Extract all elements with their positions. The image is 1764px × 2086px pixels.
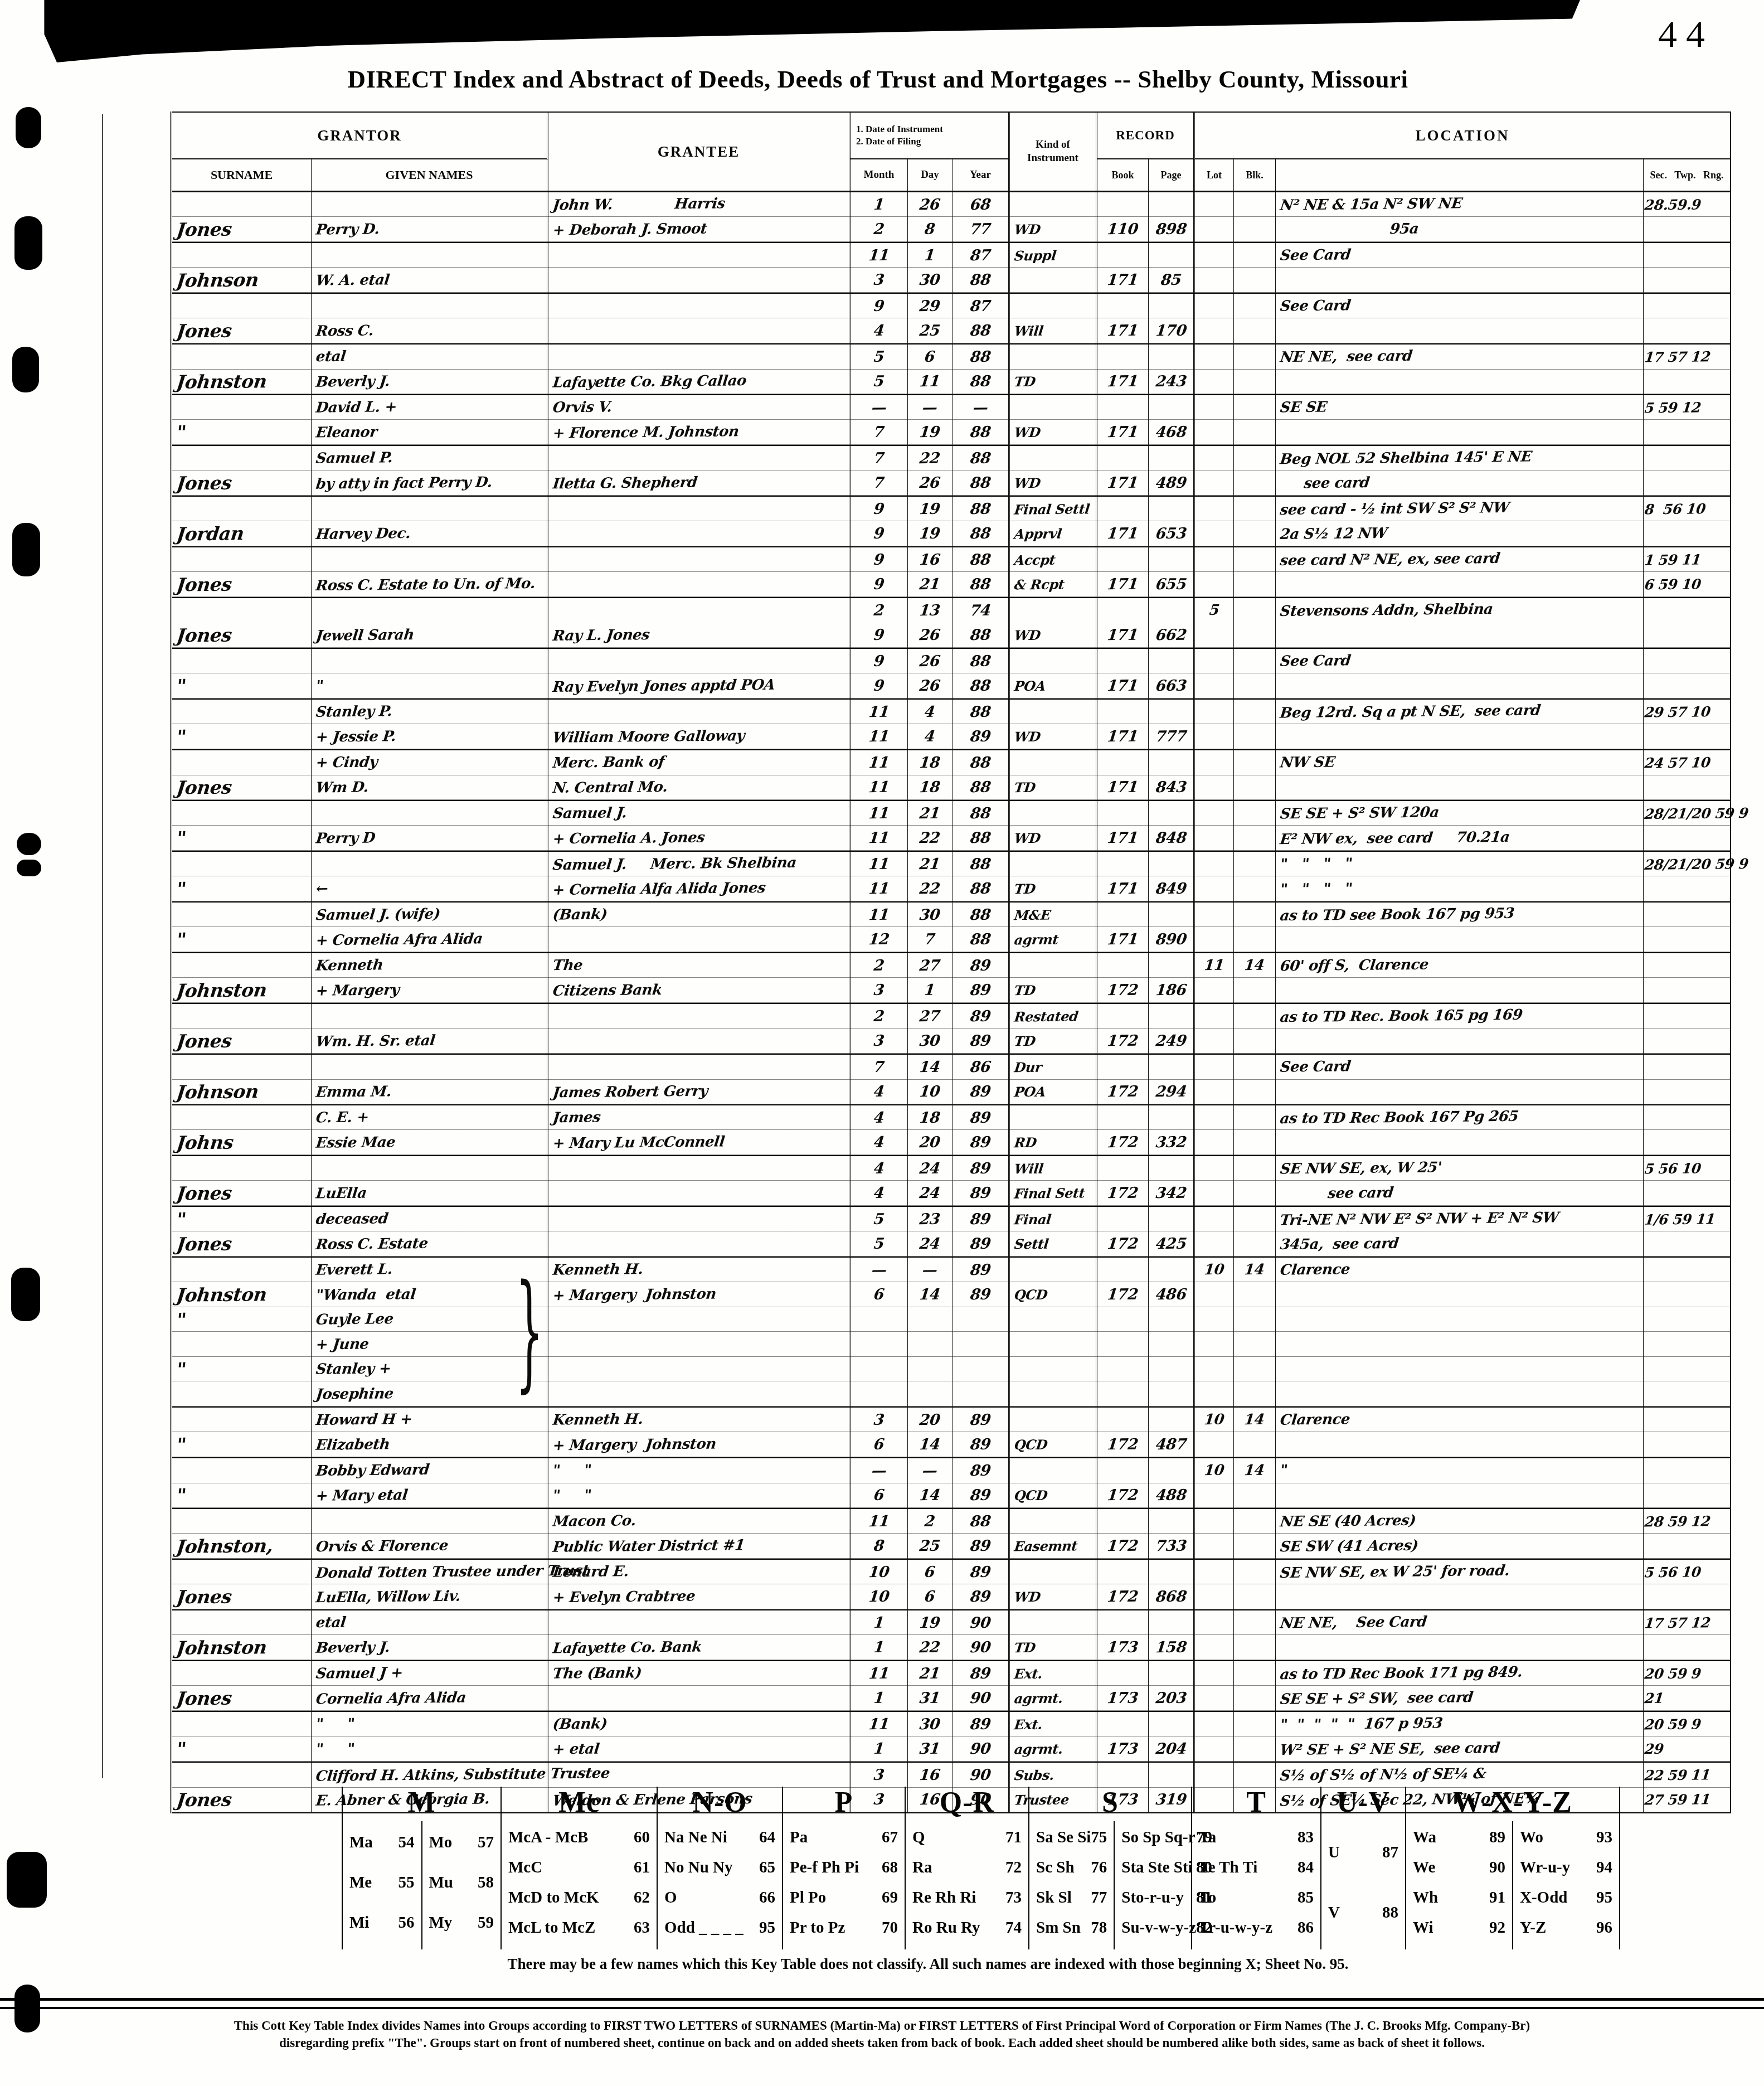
year-cell: 8888 bbox=[953, 801, 1010, 851]
month-cell: 99 bbox=[851, 649, 908, 698]
location-text: see card bbox=[1279, 474, 1371, 492]
key-row: V88 bbox=[1321, 1904, 1405, 1922]
given-names-text: Guyle Lee bbox=[315, 1311, 394, 1328]
surname-text: Jordan bbox=[176, 523, 245, 545]
location-cell: " " " "" " " " bbox=[1276, 852, 1644, 901]
surname-cell: Jones bbox=[172, 1156, 312, 1206]
sec-twp-rng-text: 5 56 10 bbox=[1644, 1564, 1702, 1580]
kind-text: Ext. bbox=[1013, 1665, 1043, 1682]
month-cell: 74 bbox=[851, 1055, 908, 1104]
key-prefix: My bbox=[429, 1914, 453, 1932]
month-text: 5 bbox=[873, 1211, 885, 1228]
key-row: Na Ne Ni64 bbox=[658, 1828, 782, 1847]
sec-twp-rng-cell bbox=[1644, 1408, 1730, 1457]
surname-text: Jones bbox=[176, 472, 233, 494]
month-text: 11 bbox=[868, 1513, 890, 1530]
surname-text: Jones bbox=[176, 1233, 233, 1255]
month-text: 11 bbox=[868, 805, 890, 822]
kind-of-instrument-header: Kind of Instrument bbox=[1010, 113, 1097, 191]
kind-text: POA bbox=[1013, 1084, 1046, 1100]
given-names-cell: Donald Totten Trustee under TrustLuElla,… bbox=[312, 1560, 548, 1609]
month-text: 10 bbox=[868, 1564, 890, 1581]
key-row: Ma54 bbox=[343, 1833, 421, 1852]
key-row: To85 bbox=[1192, 1889, 1320, 1907]
blk-cell: 14 bbox=[1234, 1408, 1276, 1457]
lot-cell bbox=[1195, 1004, 1234, 1054]
given-names-text: Josephine bbox=[315, 1385, 394, 1403]
punch-hole-mark bbox=[17, 860, 41, 876]
kind-text: Final Settl bbox=[1013, 501, 1090, 517]
sec-twp-rng-text: 28.59.9 bbox=[1644, 196, 1702, 213]
key-sheet-number: 72 bbox=[1005, 1859, 1022, 1877]
month-cell: 29 bbox=[851, 598, 908, 648]
lot-cell bbox=[1195, 1055, 1234, 1104]
grantee-text: William Moore Galloway bbox=[552, 727, 746, 746]
kind-text: agrmt. bbox=[1013, 1690, 1063, 1707]
key-prefix: Wh bbox=[1413, 1889, 1438, 1907]
month-cell: 111 bbox=[851, 1712, 908, 1762]
sec-twp-rng-text: 21 bbox=[1644, 1690, 1664, 1706]
given-names-cell: etalBeverly J. bbox=[312, 345, 548, 394]
grantee-cell: Kenneth H.+ Margery Johnston bbox=[548, 1258, 851, 1406]
given-names-header: GIVEN NAMES bbox=[312, 159, 548, 191]
day-text: 6 bbox=[924, 348, 936, 366]
blk-cell bbox=[1234, 294, 1276, 343]
sec-twp-rng-cell: 5 56 10 bbox=[1644, 1156, 1730, 1206]
key-column: Ma54Me55Mi56 bbox=[343, 1821, 421, 1949]
grantee-text: " " bbox=[552, 1487, 592, 1504]
day-text: 18 bbox=[919, 779, 941, 796]
day-text: — bbox=[921, 399, 938, 416]
book-cell: 110 bbox=[1097, 192, 1149, 242]
surname-text: " bbox=[176, 1359, 187, 1380]
day-cell: 225 bbox=[908, 1509, 953, 1559]
grantee-text: Ray L. Jones bbox=[552, 627, 650, 644]
key-row: Ra72 bbox=[906, 1859, 1028, 1877]
day-text: 30 bbox=[919, 1032, 941, 1050]
kind-text: Ext. bbox=[1013, 1716, 1043, 1733]
key-prefix: Wa bbox=[1413, 1828, 1436, 1847]
day-text: 4 bbox=[924, 728, 936, 745]
key-prefix: No Nu Ny bbox=[664, 1859, 732, 1877]
year-text: 88 bbox=[969, 931, 992, 948]
key-row: Tr-u-w-y-z86 bbox=[1192, 1919, 1320, 1937]
month-cell: 1112 bbox=[851, 903, 908, 952]
kind-cell: WD bbox=[1010, 395, 1097, 445]
grantee-cell: John W. Harris+ Deborah J. Smoot bbox=[548, 192, 851, 242]
given-names-text: + Cindy bbox=[315, 754, 378, 772]
month-text: 11 bbox=[868, 856, 890, 873]
sec-twp-rng-cell bbox=[1644, 294, 1730, 343]
page-text: 890 bbox=[1155, 931, 1187, 949]
page-text: 342 bbox=[1155, 1185, 1187, 1202]
key-group-label: P bbox=[783, 1787, 905, 1821]
kind-label-line2: Instrument bbox=[1027, 152, 1078, 165]
sec-twp-rng-text: 1/6 59 11 bbox=[1644, 1211, 1716, 1228]
key-prefix: Me bbox=[349, 1874, 372, 1892]
year-text: 88 bbox=[969, 576, 992, 593]
location-text: E² NW ex, see card 70.21a bbox=[1279, 829, 1510, 848]
given-names-text: deceased bbox=[315, 1211, 389, 1228]
location-text: 345a, see card bbox=[1279, 1235, 1399, 1253]
key-row: McA - McB60 bbox=[502, 1828, 657, 1847]
blk-cell: 14 bbox=[1234, 953, 1276, 1003]
punch-hole-mark bbox=[7, 1852, 47, 1908]
surname-text: Johnston bbox=[176, 979, 268, 1002]
lot-cell bbox=[1195, 649, 1234, 698]
key-sheet-number: 84 bbox=[1298, 1859, 1314, 1877]
day-text: 31 bbox=[919, 1740, 941, 1758]
sec-twp-rng-cell: 8 56 10 bbox=[1644, 497, 1730, 546]
surname-text: " bbox=[176, 1738, 187, 1760]
given-names-cell: Ross C. Estate to Un. of Mo. bbox=[312, 547, 548, 597]
key-group-columns: Sa Se Si75Sc Sh76Sk Sl77Sm Sn78So Sp Sq-… bbox=[1029, 1821, 1191, 1949]
grantee-cell: James Robert Gerry bbox=[548, 1055, 851, 1104]
key-sheet-number: 65 bbox=[759, 1859, 775, 1877]
page-number: 44 bbox=[1658, 12, 1714, 56]
month-cell: 55 bbox=[851, 345, 908, 394]
month-text: 3 bbox=[873, 982, 885, 999]
page-cell: 243 bbox=[1149, 345, 1195, 394]
given-names-cell: Perry D. bbox=[312, 192, 548, 242]
day-text: 18 bbox=[919, 1109, 941, 1127]
location-cell: 60' off S, Clarence bbox=[1276, 953, 1644, 1003]
month-text: 7 bbox=[873, 474, 885, 492]
location-cell: NW SE bbox=[1276, 750, 1644, 800]
year-cell: 8689 bbox=[953, 1055, 1010, 1104]
given-names-text: Beverly J. bbox=[315, 1639, 391, 1656]
location-text: Tri-NE N² NW E² S² NW + E² N² SW bbox=[1279, 1210, 1559, 1229]
year-text: 89 bbox=[969, 1588, 992, 1605]
given-names-text: Everett L. bbox=[315, 1262, 393, 1279]
key-sheet-number: 68 bbox=[882, 1859, 898, 1877]
given-names-text: Wm D. bbox=[315, 779, 369, 796]
grantee-text: + Cornelia Alfa Alida Jones bbox=[552, 880, 766, 899]
blk-cell bbox=[1234, 395, 1276, 445]
year-cell: 8889 bbox=[953, 700, 1010, 749]
surname-cell: " bbox=[172, 1408, 312, 1457]
key-group-columns: Ta83Te Th Ti84To85Tr-u-w-y-z86 bbox=[1192, 1821, 1320, 1949]
location-header: LOCATION bbox=[1195, 113, 1730, 159]
month-text: 5 bbox=[873, 373, 885, 390]
key-sheet-number: 60 bbox=[634, 1828, 650, 1847]
year-cell: 8888 bbox=[953, 852, 1010, 901]
given-names-cell: Samuel J +Cornelia Afra Alida bbox=[312, 1661, 548, 1711]
book-cell: 171 bbox=[1097, 547, 1149, 597]
day-text: — bbox=[921, 1262, 938, 1279]
footer-text: This Cott Key Table Index divides Names … bbox=[31, 2017, 1733, 2051]
footer-line-1: This Cott Key Table Index divides Names … bbox=[31, 2017, 1733, 2034]
key-sheet-number: 61 bbox=[634, 1859, 650, 1877]
day-text: 27 bbox=[919, 957, 941, 974]
blk-cell bbox=[1234, 1661, 1276, 1711]
given-names-text: Essie Mae bbox=[315, 1134, 396, 1151]
key-sheet-number: 54 bbox=[399, 1833, 415, 1852]
month-text: 9 bbox=[873, 298, 885, 315]
key-group-columns: Q71Ra72Re Rh Ri73Ro Ru Ry74 bbox=[906, 1821, 1028, 1949]
key-column: Sa Se Si75Sc Sh76Sk Sl77Sm Sn78 bbox=[1029, 1821, 1114, 1949]
sec-twp-rng-cell: 28/21/20 59 9 bbox=[1644, 801, 1730, 851]
year-cell: 7488 bbox=[953, 598, 1010, 648]
location-text: See Card bbox=[1279, 298, 1352, 315]
month-text: 7 bbox=[873, 450, 885, 467]
kind-cell: TD bbox=[1010, 953, 1097, 1003]
book-text: 172 bbox=[1106, 1487, 1139, 1505]
year-text: 88 bbox=[969, 373, 992, 390]
day-text: 23 bbox=[919, 1211, 941, 1228]
kind-text: Final Sett bbox=[1013, 1185, 1086, 1202]
surname-text: Jones bbox=[176, 1030, 233, 1052]
given-names-text: Eleanor bbox=[315, 424, 378, 441]
blk-cell bbox=[1234, 750, 1276, 800]
year-text: 89 bbox=[969, 1436, 992, 1453]
key-row: Me55 bbox=[343, 1874, 421, 1892]
month-cell: 11 bbox=[851, 1610, 908, 1660]
day-cell: 2014 bbox=[908, 1408, 953, 1457]
book-cell: 171 bbox=[1097, 852, 1149, 901]
punch-hole-mark bbox=[11, 1268, 40, 1321]
key-row: Ta83 bbox=[1192, 1828, 1320, 1847]
given-names-cell: ← bbox=[312, 852, 548, 901]
year-text: 89 bbox=[969, 1185, 992, 1202]
surname-cell: Jones bbox=[172, 1763, 312, 1812]
day-text: 8 bbox=[924, 221, 936, 238]
month-text: 9 bbox=[873, 627, 885, 644]
grantee-cell: " "" " bbox=[548, 1458, 851, 1508]
year-text: 86 bbox=[969, 1059, 992, 1076]
day-cell: 271 bbox=[908, 953, 953, 1003]
day-text: 29 bbox=[919, 298, 941, 315]
location-cell: as to TD Rec. Book 165 pg 169 bbox=[1276, 1004, 1644, 1054]
lot-cell bbox=[1195, 192, 1234, 242]
day-text: 26 bbox=[919, 627, 941, 644]
grantee-text: Kenneth H. bbox=[552, 1261, 644, 1279]
kind-text: QCD bbox=[1013, 1287, 1048, 1303]
key-sheet-number: 90 bbox=[1489, 1859, 1505, 1877]
location-cell: Beg NOL 52 Shelbina 145' E NE see card bbox=[1276, 446, 1644, 496]
year-text: 89 bbox=[969, 1262, 992, 1279]
given-names-text: Bobby Edward bbox=[315, 1462, 430, 1479]
book-cell: 171 bbox=[1097, 598, 1149, 648]
book-cell: 173 bbox=[1097, 1712, 1149, 1762]
key-column: Q71Ra72Re Rh Ri73Ro Ru Ry74 bbox=[906, 1821, 1028, 1949]
kind-cell: Final SettlApprvl bbox=[1010, 497, 1097, 546]
key-row: Pe-f Ph Pi68 bbox=[783, 1859, 905, 1877]
book-text: 171 bbox=[1106, 576, 1139, 594]
day-text: 16 bbox=[919, 1767, 941, 1784]
kind-text: Will bbox=[1013, 1160, 1044, 1177]
kind-text: Dur bbox=[1013, 1059, 1043, 1075]
kind-text: POA bbox=[1013, 678, 1046, 695]
surname-cell: Johnston, bbox=[172, 1509, 312, 1559]
location-cell: " bbox=[1276, 1458, 1644, 1508]
surname-text: Jones bbox=[176, 219, 233, 241]
day-cell: 1410 bbox=[908, 1055, 953, 1104]
year-text: 88 bbox=[969, 627, 992, 644]
key-prefix: McA - McB bbox=[508, 1828, 588, 1847]
surname-cell: " bbox=[172, 801, 312, 851]
grantee-cell bbox=[548, 497, 851, 546]
page-cell: 332 bbox=[1149, 1105, 1195, 1155]
year-text: 90 bbox=[969, 1639, 992, 1656]
year-text: 89 bbox=[969, 1411, 992, 1429]
given-names-cell: Samuel J. (wife)+ Cornelia Afra Alida bbox=[312, 903, 548, 952]
year-text: 89 bbox=[969, 1487, 992, 1504]
ledger-entry: JonesDonald Totten Trustee under TrustLu… bbox=[172, 1560, 1730, 1610]
location-text: W² SE + S² NE SE, see card bbox=[1279, 1740, 1500, 1759]
key-row: Wa89 bbox=[1406, 1828, 1512, 1847]
key-prefix: Sa Se Si bbox=[1036, 1828, 1091, 1847]
year-text: 89 bbox=[969, 1235, 992, 1253]
key-row: Mo57 bbox=[422, 1833, 501, 1852]
grantee-text: James Robert Gerry bbox=[552, 1083, 708, 1101]
key-column: McA - McB60McC61McD to McK62McL to McZ63 bbox=[502, 1821, 657, 1949]
month-text: 1 bbox=[873, 1639, 885, 1656]
grantee-cell bbox=[548, 1207, 851, 1257]
key-group-label: Mc bbox=[502, 1787, 657, 1821]
blk-cell bbox=[1234, 700, 1276, 749]
page-cell: 898 bbox=[1149, 192, 1195, 242]
day-cell: —19 bbox=[908, 395, 953, 445]
year-text: 89 bbox=[969, 957, 992, 974]
key-sheet-number: 86 bbox=[1298, 1919, 1314, 1937]
lot-cell bbox=[1195, 345, 1234, 394]
key-sheet-number: 85 bbox=[1298, 1889, 1314, 1907]
month-cell: 23 bbox=[851, 1004, 908, 1054]
grantee-cell: (Bank)+ etal bbox=[548, 1712, 851, 1762]
location-text: Stevensons Addn, Shelbina bbox=[1279, 601, 1494, 620]
lot-cell bbox=[1195, 700, 1234, 749]
year-text: 89 bbox=[969, 1211, 992, 1228]
sec-twp-rng-header: Sec. Twp. Rng. bbox=[1644, 159, 1730, 191]
key-prefix: Mi bbox=[349, 1914, 369, 1932]
page-cell: 868 bbox=[1149, 1560, 1195, 1609]
sec-twp-rng-cell: 28.59.9 bbox=[1644, 192, 1730, 242]
day-cell: 3031 bbox=[908, 1712, 953, 1762]
book-text: 171 bbox=[1106, 322, 1139, 340]
day-cell: 1919 bbox=[908, 497, 953, 546]
month-text: 11 bbox=[868, 247, 890, 264]
year-text: 90 bbox=[969, 1614, 992, 1632]
month-text: 9 bbox=[873, 525, 885, 542]
ledger-entry: JohnstonetalBeverly J.Lafayette Co. Bkg … bbox=[172, 345, 1730, 395]
kind-text: TD bbox=[1013, 1639, 1036, 1656]
given-names-cell: " bbox=[312, 649, 548, 698]
month-text: 5 bbox=[873, 348, 885, 366]
page-cell: 843 bbox=[1149, 750, 1195, 800]
kind-text: TD bbox=[1013, 881, 1036, 897]
kind-cell: QCD bbox=[1010, 1258, 1097, 1406]
table-header: GRANTOR SURNAME GIVEN NAMES GRANTEE 1. D… bbox=[172, 111, 1730, 192]
kind-cell: RD bbox=[1010, 1105, 1097, 1155]
day-cell: 1326 bbox=[908, 598, 953, 648]
book-text: 171 bbox=[1106, 931, 1139, 949]
key-row: Wr-u-y94 bbox=[1513, 1859, 1619, 1877]
day-cell: 268 bbox=[908, 192, 953, 242]
key-row: Y-Z96 bbox=[1513, 1919, 1619, 1937]
kind-cell: POA bbox=[1010, 649, 1097, 698]
key-prefix: Wo bbox=[1520, 1828, 1543, 1847]
sec-twp-rng-cell bbox=[1644, 649, 1730, 698]
date-of-instrument-label: 1. Date of Instrument bbox=[856, 123, 943, 135]
kind-cell: WillFinal Sett bbox=[1010, 1156, 1097, 1206]
key-sheet-number: 56 bbox=[399, 1914, 415, 1932]
grantee-text: James bbox=[552, 1109, 601, 1127]
key-prefix: Na Ne Ni bbox=[664, 1828, 727, 1847]
location-text: SE SE + S² SW, see card bbox=[1279, 1689, 1474, 1708]
month-cell: 36 bbox=[851, 1408, 908, 1457]
year-text: 88 bbox=[969, 525, 992, 542]
grantee-text: Lenard E. bbox=[552, 1564, 629, 1581]
page-text: 849 bbox=[1155, 880, 1187, 898]
book-cell: 172 bbox=[1097, 1560, 1149, 1609]
year-cell: 8990 bbox=[953, 1712, 1010, 1762]
month-text: 9 bbox=[873, 653, 885, 670]
year-text: 88 bbox=[969, 653, 992, 670]
sec-twp-rng-text: 27 59 11 bbox=[1644, 1792, 1711, 1808]
key-prefix: Sk Sl bbox=[1036, 1889, 1072, 1907]
key-group-t: TTa83Te Th Ti84To85Tr-u-w-y-z86 bbox=[1192, 1787, 1321, 1949]
blk-cell bbox=[1234, 801, 1276, 851]
grantee-cell bbox=[548, 547, 851, 597]
lot-cell bbox=[1195, 801, 1234, 851]
ledger-entry: JordanHarvey Dec.9919198888Final SettlAp… bbox=[172, 497, 1730, 547]
page-text: 898 bbox=[1155, 221, 1187, 239]
location-cell: as to TD see Book 167 pg 953 bbox=[1276, 903, 1644, 952]
surname-text: Johnston bbox=[176, 1636, 268, 1659]
blk-cell bbox=[1234, 903, 1276, 952]
surname-cell: Johnston bbox=[172, 953, 312, 1003]
grantee-cell: James+ Mary Lu McConnell bbox=[548, 1105, 851, 1155]
ledger-entry: "Bobby Edward+ Mary etal" "" "—6—148989Q… bbox=[172, 1458, 1730, 1509]
kind-cell: Accpt& Rcpt bbox=[1010, 547, 1097, 597]
surname-text: " bbox=[176, 1209, 187, 1230]
day-cell: 130 bbox=[908, 243, 953, 293]
book-text: 171 bbox=[1106, 677, 1139, 695]
month-cell: 44 bbox=[851, 1156, 908, 1206]
location-text: NE NE, See Card bbox=[1279, 1614, 1428, 1632]
grantor-header: GRANTOR bbox=[172, 113, 548, 159]
given-names-text: Harvey Dec. bbox=[315, 525, 411, 543]
year-text: 89 bbox=[969, 1109, 992, 1127]
day-text: 14 bbox=[919, 1059, 941, 1076]
day-text: 18 bbox=[919, 754, 941, 772]
surname-text: Johnson bbox=[176, 1080, 260, 1103]
month-cell: 1111 bbox=[851, 700, 908, 749]
grantee-text: John W. Harris bbox=[552, 196, 726, 214]
given-names-cell: Jewell Sarah bbox=[312, 598, 548, 648]
blk-cell bbox=[1234, 1055, 1276, 1104]
page-text: 186 bbox=[1155, 982, 1187, 1000]
key-row: Te Th Ti84 bbox=[1192, 1859, 1320, 1877]
month-text: 2 bbox=[873, 1008, 885, 1025]
kind-label-line1: Kind of bbox=[1036, 138, 1070, 152]
kind-text: WD bbox=[1013, 627, 1041, 643]
surname-text: Jones bbox=[176, 777, 233, 799]
book-text: 171 bbox=[1106, 779, 1139, 797]
given-names-text: Cornelia Afra Alida bbox=[315, 1689, 466, 1707]
location-text: NW SE bbox=[1279, 754, 1336, 772]
sec-twp-rng-text: 24 57 10 bbox=[1644, 754, 1711, 771]
book-text: 171 bbox=[1106, 373, 1139, 391]
day-text: 19 bbox=[919, 424, 941, 441]
given-names-cell: Emma M. bbox=[312, 1055, 548, 1104]
lot-cell bbox=[1195, 1610, 1234, 1660]
given-names-text: Perry D bbox=[315, 829, 376, 847]
grantee-text: Kenneth H. bbox=[552, 1411, 644, 1429]
book-text: 172 bbox=[1106, 1134, 1139, 1152]
kind-cell: WD bbox=[1010, 700, 1097, 749]
